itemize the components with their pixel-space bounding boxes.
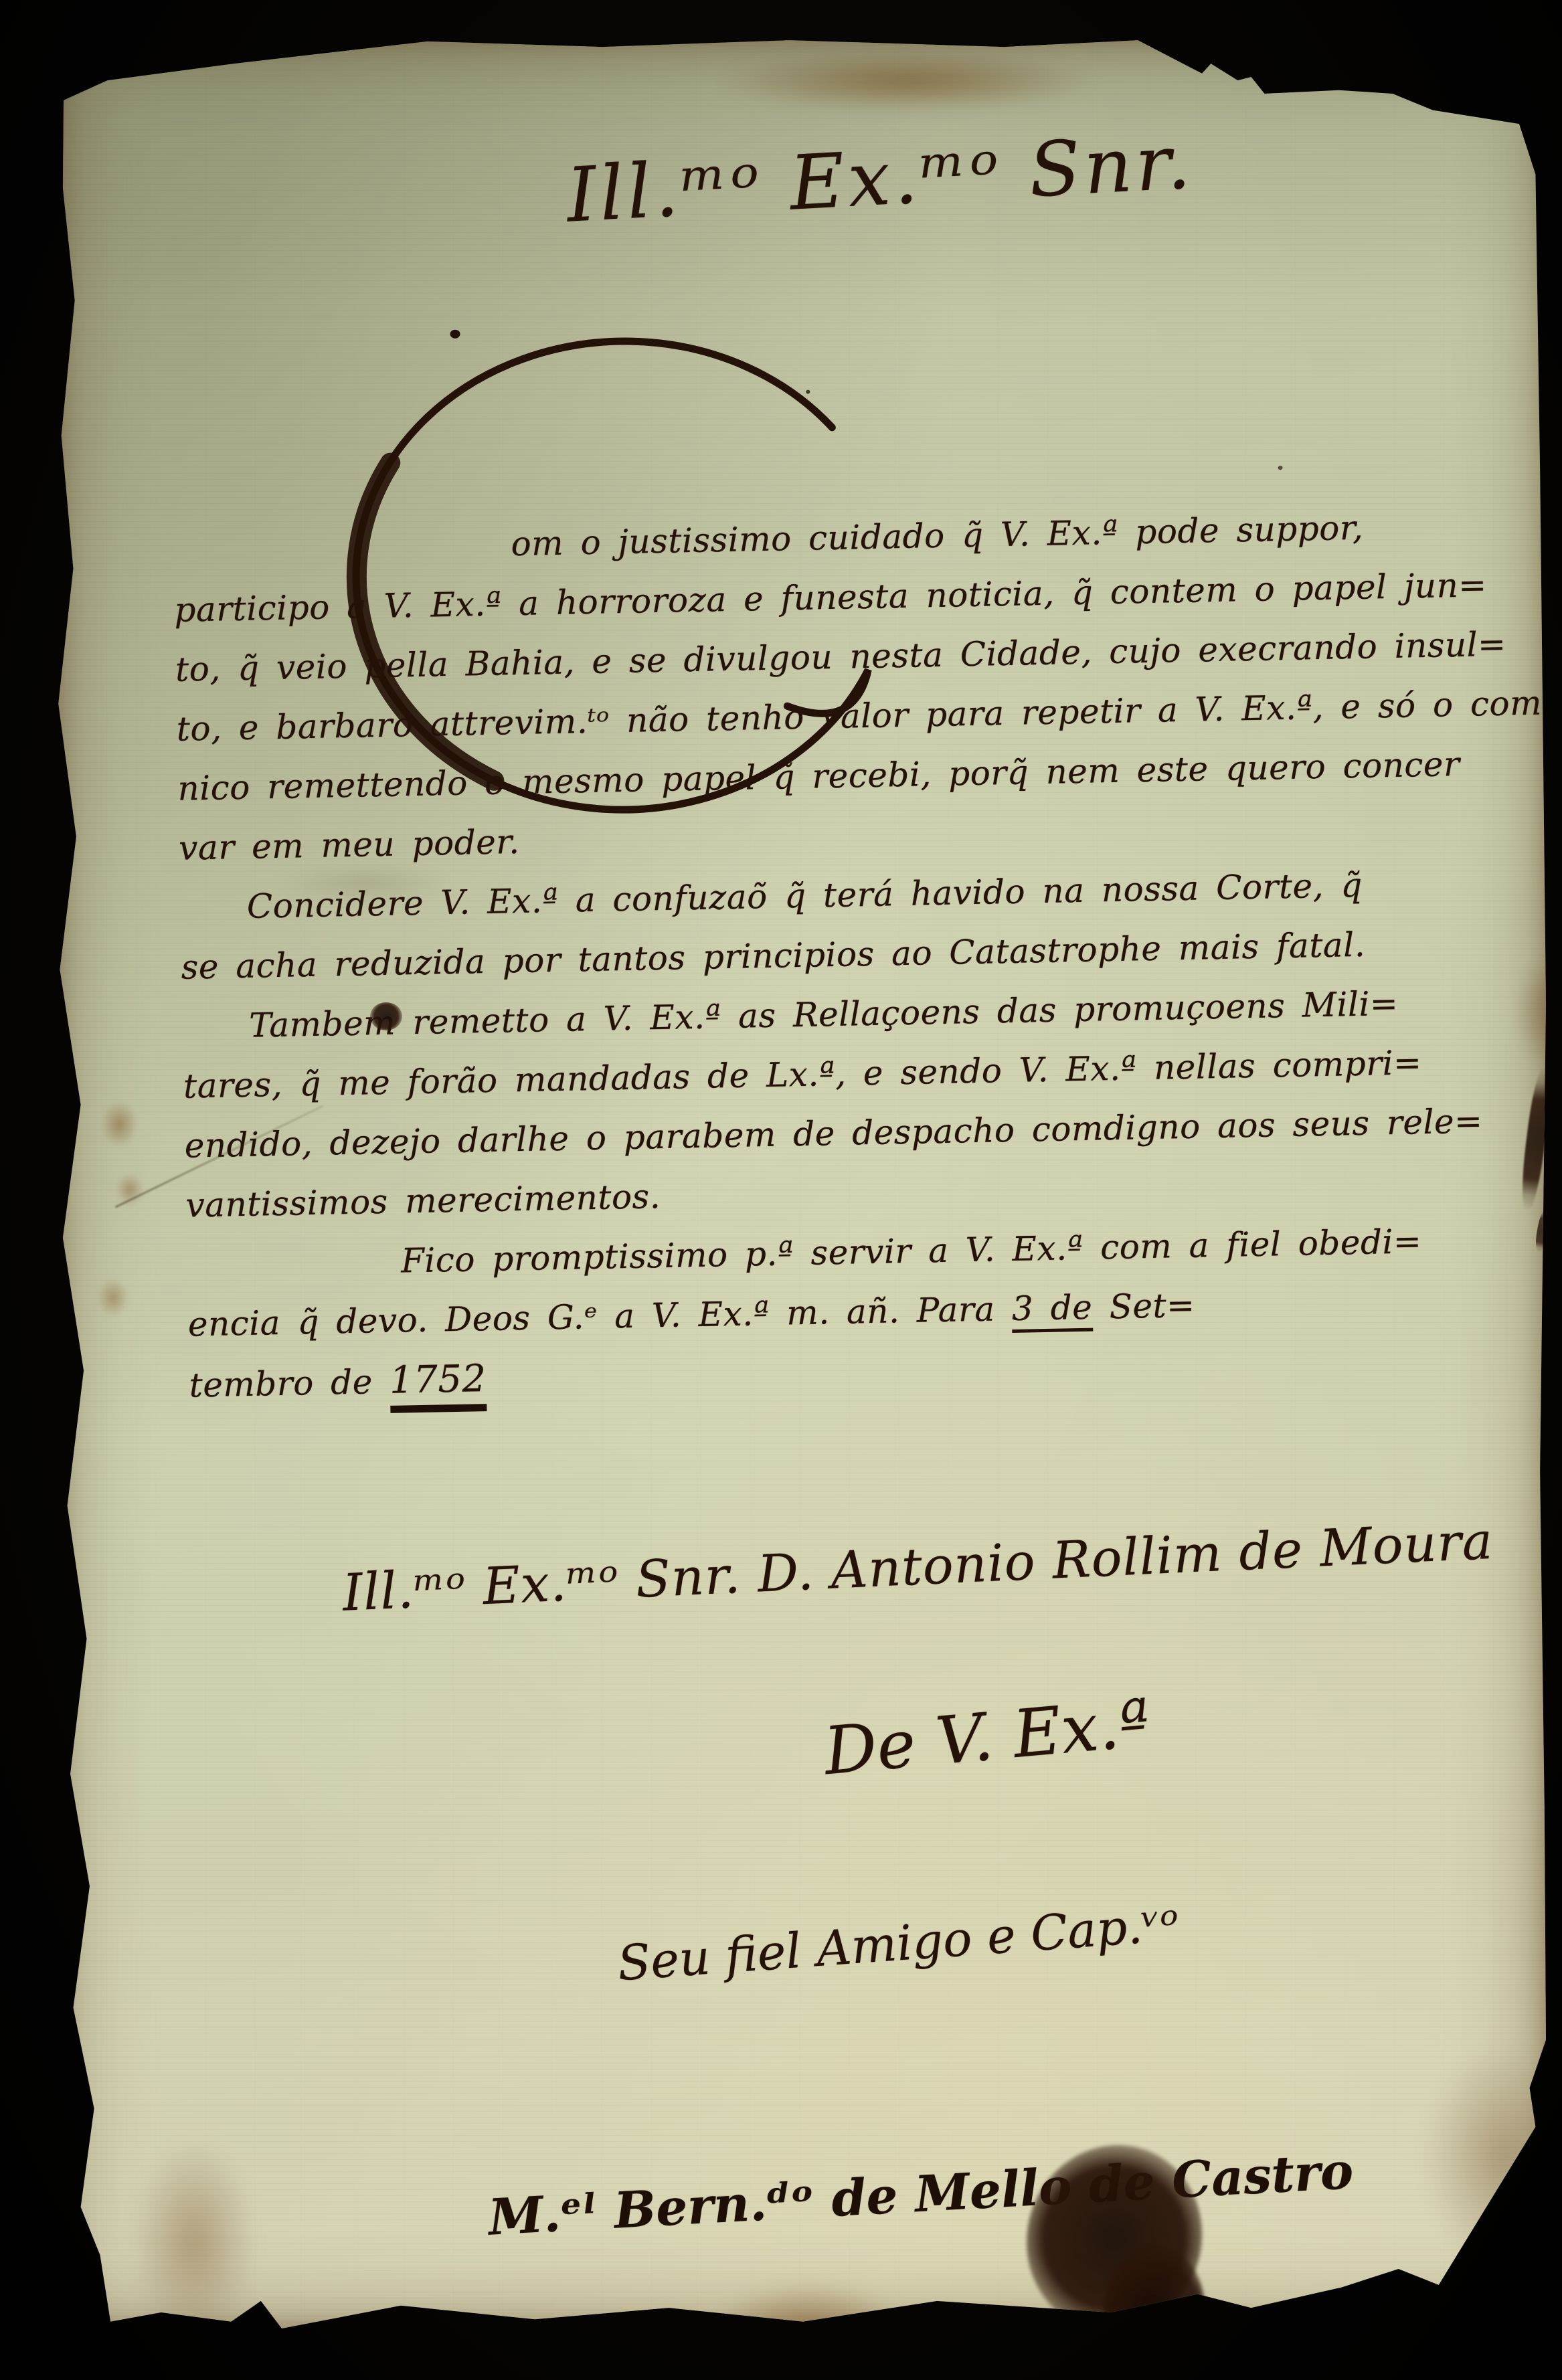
- signature-ink-blot: [1104, 2245, 1205, 2372]
- address-line: Ill.ᵐᵒ Ex.ᵐᵒ Snr. D. Antonio Rollim de M…: [341, 1511, 1494, 1623]
- stain: [1298, 37, 1506, 94]
- ink-speck: [1278, 466, 1283, 470]
- manuscript-content: Ill.ᵐᵒ Ex.ᵐᵒ Snr. C om o justissimo cuid…: [35, 23, 1562, 2343]
- line-14-post: Set=: [1092, 1286, 1195, 1327]
- salutation: Ill.ᵐᵒ Ex.ᵐᵒ Snr.: [564, 118, 1195, 240]
- underlined-year: 1752: [389, 1357, 487, 1413]
- ink-blot: [370, 1002, 402, 1030]
- valediction-amigo: Seu fiel Amigo e Cap.ᵛᵒ: [616, 1895, 1181, 1991]
- line-15-pre: tembro de: [189, 1362, 390, 1405]
- letter-paper: Ill.ᵐᵒ Ex.ᵐᵒ Snr. C om o justissimo cuid…: [57, 37, 1546, 2328]
- signature: M.ᵉˡ Bern.ᵈᵒ de Mello de Castro: [487, 2142, 1355, 2247]
- underlined-day: 3 de: [1011, 1288, 1093, 1333]
- line-14-pre: encia q̃ devo. Deos G.ᵉ a V. Ex.ª m. añ.…: [187, 1289, 1012, 1344]
- letter-body: om o justissimo cuidado q̃ V. Ex.ª pode …: [173, 494, 1562, 1416]
- valediction-de-v-exa: De V. Ex.ª: [821, 1685, 1153, 1790]
- photo-background: Ill.ᵐᵒ Ex.ᵐᵒ Snr. C om o justissimo cuid…: [0, 0, 1562, 2380]
